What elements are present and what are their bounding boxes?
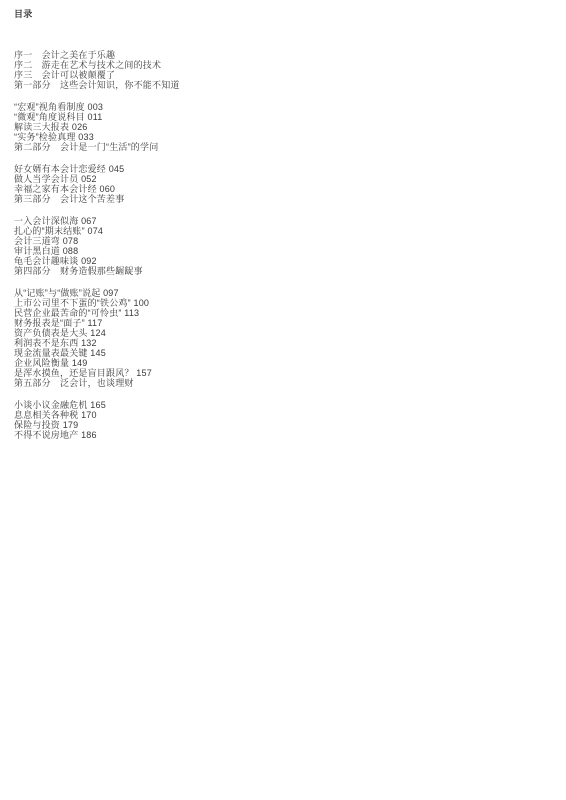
toc-list: 序一 会计之美在于乐趣序二 游走在艺术与技术之间的技术序三 会计可以被颠覆了第一…: [14, 50, 546, 440]
toc-entry: 不得不说房地产 186: [14, 430, 546, 440]
toc-entry: 解读三大报表 026: [14, 122, 546, 132]
toc-entry: 一入会计深似海 067: [14, 216, 546, 226]
toc-entry: 是浑水摸鱼，还是盲目跟风？ 157: [14, 368, 546, 378]
section-heading: 第一部分 这些会计知识，你不能不知道: [14, 80, 546, 90]
section-heading: 第四部分 财务造假那些龌龊事: [14, 266, 546, 276]
toc-entry: 保险与投资 179: [14, 420, 546, 430]
section-heading: 第三部分 会计这个苦差事: [14, 194, 546, 204]
toc-entry: 利润表不是东西 132: [14, 338, 546, 348]
section-heading: 第五部分 泛会计，也谈理财: [14, 378, 546, 388]
toc-entry: 现金流量表最关键 145: [14, 348, 546, 358]
toc-entry: 企业风险衡量 149: [14, 358, 546, 368]
toc-entry: 息息相关各种税 170: [14, 410, 546, 420]
toc-entry: “实务”检验真理 033: [14, 132, 546, 142]
toc-entry: 扎心的“期末结账” 074: [14, 226, 546, 236]
preface-line: 序三 会计可以被颠覆了: [14, 70, 546, 80]
toc-entry: 财务报表是“面子” 117: [14, 318, 546, 328]
toc-entry: 从“记账”与“做账”说起 097: [14, 288, 546, 298]
toc-page: 目录 序一 会计之美在于乐趣序二 游走在艺术与技术之间的技术序三 会计可以被颠覆…: [0, 0, 566, 800]
toc-entry: 幸福之家有本会计经 060: [14, 184, 546, 194]
toc-entry: 资产负债表是大头 124: [14, 328, 546, 338]
toc-entry: 做人当学会计员 052: [14, 174, 546, 184]
toc-entry: “宏观”视角看制度 003: [14, 102, 546, 112]
document-title: 目录: [14, 9, 546, 19]
toc-entry: 民营企业最苦命的“可怜虫” 113: [14, 308, 546, 318]
toc-entry: 好女婿有本会计恋爱经 045: [14, 164, 546, 174]
preface-line: 序一 会计之美在于乐趣: [14, 50, 546, 60]
toc-entry: 会计三道弯 078: [14, 236, 546, 246]
toc-entry: 审计黑白道 088: [14, 246, 546, 256]
section-heading: 第二部分 会计是一门“生活”的学问: [14, 142, 546, 152]
toc-entry: 小谈小议金融危机 165: [14, 400, 546, 410]
toc-entry: “微观”角度说科目 011: [14, 112, 546, 122]
toc-entry: 上市公司里不下蛋的“铁公鸡” 100: [14, 298, 546, 308]
toc-entry: 龟毛会计趣味谈 092: [14, 256, 546, 266]
preface-line: 序二 游走在艺术与技术之间的技术: [14, 60, 546, 70]
